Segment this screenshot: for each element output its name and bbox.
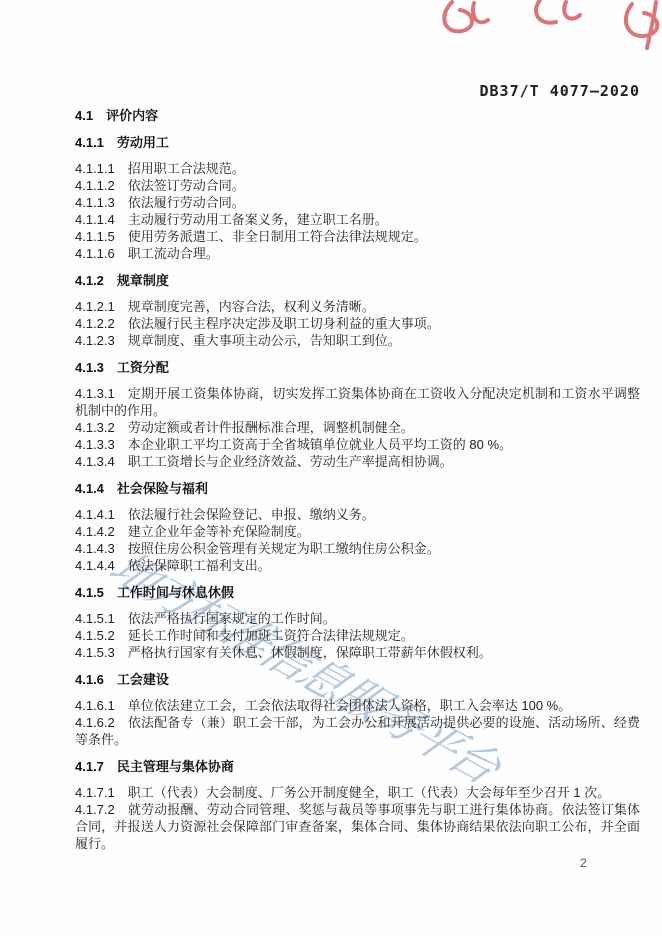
clause-number: 4.1.7.1 [75, 785, 115, 800]
clause-number: 4.1.3.3 [75, 437, 115, 452]
clause-text: 规章制度、重大事项主动公示，告知职工到位。 [128, 333, 401, 348]
clause: 4.1.1.2依法签订劳动合同。 [75, 177, 640, 194]
clause-number: 4.1.5.3 [75, 645, 115, 660]
clause-text: 依法签订劳动合同。 [128, 178, 245, 193]
clause-text: 定期开展工资集体协商，切实发挥工资集体协商在工资收入分配决定机制和工资水平调整机… [75, 386, 640, 418]
clause-text: 工作时间与休息休假 [117, 585, 234, 600]
clause-number: 4.1.1.6 [75, 246, 115, 261]
standard-code-header: DB37/T 4077—2020 [480, 82, 641, 100]
clauses-list: 4.1评价内容4.1.1劳动用工4.1.1.1招用职工合法规范。4.1.1.2依… [75, 100, 640, 852]
clause: 4.1.3.1定期开展工资集体协商，切实发挥工资集体协商在工资收入分配决定机制和… [75, 385, 640, 419]
clause-number: 4.1.6 [75, 672, 104, 687]
clause-text: 严格执行国家有关休息、休假制度，保障职工带薪年休假权利。 [128, 645, 492, 660]
clause-number: 4.1.5 [75, 585, 104, 600]
clause-text: 工资分配 [117, 360, 169, 375]
clause-text: 职工（代表）大会制度、厂务公开制度健全，职工（代表）大会每年至少召开 1 次。 [128, 785, 610, 800]
clause-text: 就劳动报酬、劳动合同管理、奖惩与裁员等事项事先与职工进行集体协商。依法签订集体合… [75, 802, 640, 851]
clause-text: 社会保险与福利 [117, 481, 208, 496]
clause-number: 4.1 [75, 108, 93, 123]
clause-number: 4.1.3.2 [75, 420, 115, 435]
clause-text: 民主管理与集体协商 [117, 759, 234, 774]
clause-text: 依法配备专（兼）职工会干部，为工会办公和开展活动提供必要的设施、活动场所、经费等… [75, 715, 640, 747]
clause: 4.1.1.3依法履行劳动合同。 [75, 194, 640, 211]
clause-text: 规章制度完善，内容合法，权利义务清晰。 [128, 299, 375, 314]
section-heading: 4.1.7民主管理与集体协商 [75, 758, 640, 775]
clause-number: 4.1.4.2 [75, 524, 115, 539]
clause-text: 依法严格执行国家规定的工作时间。 [128, 611, 336, 626]
clause: 4.1.7.1职工（代表）大会制度、厂务公开制度健全，职工（代表）大会每年至少召… [75, 784, 640, 801]
clause: 4.1.3.2劳动定额或者计件报酬标准合理，调整机制健全。 [75, 419, 640, 436]
clause: 4.1.7.2就劳动报酬、劳动合同管理、奖惩与裁员等事项事先与职工进行集体协商。… [75, 801, 640, 852]
clause-text: 评价内容 [106, 108, 158, 123]
clause-text: 延长工作时间和支付加班工资符合法律法规规定。 [128, 628, 414, 643]
clause-number: 4.1.2.1 [75, 299, 115, 314]
clause-text: 劳动用工 [117, 135, 169, 150]
clause: 4.1.5.1依法严格执行国家规定的工作时间。 [75, 610, 640, 627]
clause: 4.1.4.3按照住房公积金管理有关规定为职工缴纳住房公积金。 [75, 540, 640, 557]
section-heading: 4.1评价内容 [75, 107, 640, 124]
clause: 4.1.6.1单位依法建立工会，工会依法取得社会团体法人资格，职工入会率达 10… [75, 697, 640, 714]
clause-number: 4.1.1.2 [75, 178, 115, 193]
clause: 4.1.6.2依法配备专（兼）职工会干部，为工会办公和开展活动提供必要的设施、活… [75, 714, 640, 748]
clause: 4.1.2.2依法履行民主程序决定涉及职工切身利益的重大事项。 [75, 315, 640, 332]
clause-text: 依法保障职工福利支出。 [128, 558, 271, 573]
clause-number: 4.1.3.4 [75, 454, 115, 469]
clause-number: 4.1.4.3 [75, 541, 115, 556]
clause: 4.1.3.3本企业职工平均工资高于全省城镇单位就业人员平均工资的 80 %。 [75, 436, 640, 453]
clause-number: 4.1.1 [75, 135, 104, 150]
section-heading: 4.1.6工会建设 [75, 671, 640, 688]
clause-text: 依法履行社会保险登记、申报、缴纳义务。 [128, 507, 375, 522]
page-number: 2 [580, 856, 587, 870]
section-heading: 4.1.5工作时间与休息休假 [75, 584, 640, 601]
clause-text: 职工流动合理。 [128, 246, 219, 261]
clause-number: 4.1.4 [75, 481, 104, 496]
clause-text: 职工工资增长与企业经济效益、劳动生产率提高相协调。 [128, 454, 453, 469]
clause: 4.1.1.1招用职工合法规范。 [75, 160, 640, 177]
clause: 4.1.5.3严格执行国家有关休息、休假制度，保障职工带薪年休假权利。 [75, 644, 640, 661]
clause: 4.1.1.6职工流动合理。 [75, 245, 640, 262]
clause: 4.1.2.3规章制度、重大事项主动公示，告知职工到位。 [75, 332, 640, 349]
clause-text: 建立企业年金等补充保险制度。 [128, 524, 310, 539]
clause: 4.1.5.2延长工作时间和支付加班工资符合法律法规规定。 [75, 627, 640, 644]
clause-text: 本企业职工平均工资高于全省城镇单位就业人员平均工资的 80 %。 [128, 437, 512, 452]
clause: 4.1.4.2建立企业年金等补充保险制度。 [75, 523, 640, 540]
clause: 4.1.4.1依法履行社会保险登记、申报、缴纳义务。 [75, 506, 640, 523]
section-heading: 4.1.4社会保险与福利 [75, 480, 640, 497]
clause-text: 主动履行劳动用工备案义务，建立职工名册。 [128, 212, 388, 227]
clause-number: 4.1.6.2 [75, 715, 115, 730]
clause-text: 单位依法建立工会，工会依法取得社会团体法人资格，职工入会率达 100 %。 [128, 698, 571, 713]
clause-number: 4.1.2.3 [75, 333, 115, 348]
clause: 4.1.1.5使用劳务派遣工、非全日制用工符合法律法规规定。 [75, 228, 640, 245]
clause-number: 4.1.2.2 [75, 316, 115, 331]
document-page: DB37/T 4077—2020 地方标准信息服务平台 4.1评价内容4.1.1… [0, 0, 662, 936]
section-heading: 4.1.1劳动用工 [75, 134, 640, 151]
red-watermark-fragments [418, 0, 662, 56]
clause: 4.1.2.1规章制度完善，内容合法，权利义务清晰。 [75, 298, 640, 315]
clause-number: 4.1.7 [75, 759, 104, 774]
clause-text: 工会建设 [117, 672, 169, 687]
clause-number: 4.1.6.1 [75, 698, 115, 713]
clause: 4.1.4.4依法保障职工福利支出。 [75, 557, 640, 574]
clause-number: 4.1.1.4 [75, 212, 115, 227]
section-heading: 4.1.3工资分配 [75, 359, 640, 376]
clause: 4.1.1.4主动履行劳动用工备案义务，建立职工名册。 [75, 211, 640, 228]
clause-number: 4.1.4.4 [75, 558, 115, 573]
clause-text: 规章制度 [117, 273, 169, 288]
clause-text: 依法履行劳动合同。 [128, 195, 245, 210]
clause-text: 依法履行民主程序决定涉及职工切身利益的重大事项。 [128, 316, 440, 331]
clause-number: 4.1.1.5 [75, 229, 115, 244]
clause-number: 4.1.7.2 [75, 802, 115, 817]
clause-number: 4.1.3.1 [75, 386, 115, 401]
clause-text: 按照住房公积金管理有关规定为职工缴纳住房公积金。 [128, 541, 440, 556]
clause-number: 4.1.5.2 [75, 628, 115, 643]
section-heading: 4.1.2规章制度 [75, 272, 640, 289]
clause-number: 4.1.1.3 [75, 195, 115, 210]
clause-number: 4.1.5.1 [75, 611, 115, 626]
clause-number: 4.1.1.1 [75, 161, 115, 176]
clause: 4.1.3.4职工工资增长与企业经济效益、劳动生产率提高相协调。 [75, 453, 640, 470]
clause-number: 4.1.3 [75, 360, 104, 375]
clause-text: 招用职工合法规范。 [128, 161, 245, 176]
clause-number: 4.1.2 [75, 273, 104, 288]
clause-text: 使用劳务派遣工、非全日制用工符合法律法规规定。 [128, 229, 427, 244]
clause-text: 劳动定额或者计件报酬标准合理，调整机制健全。 [128, 420, 414, 435]
clause-number: 4.1.4.1 [75, 507, 115, 522]
